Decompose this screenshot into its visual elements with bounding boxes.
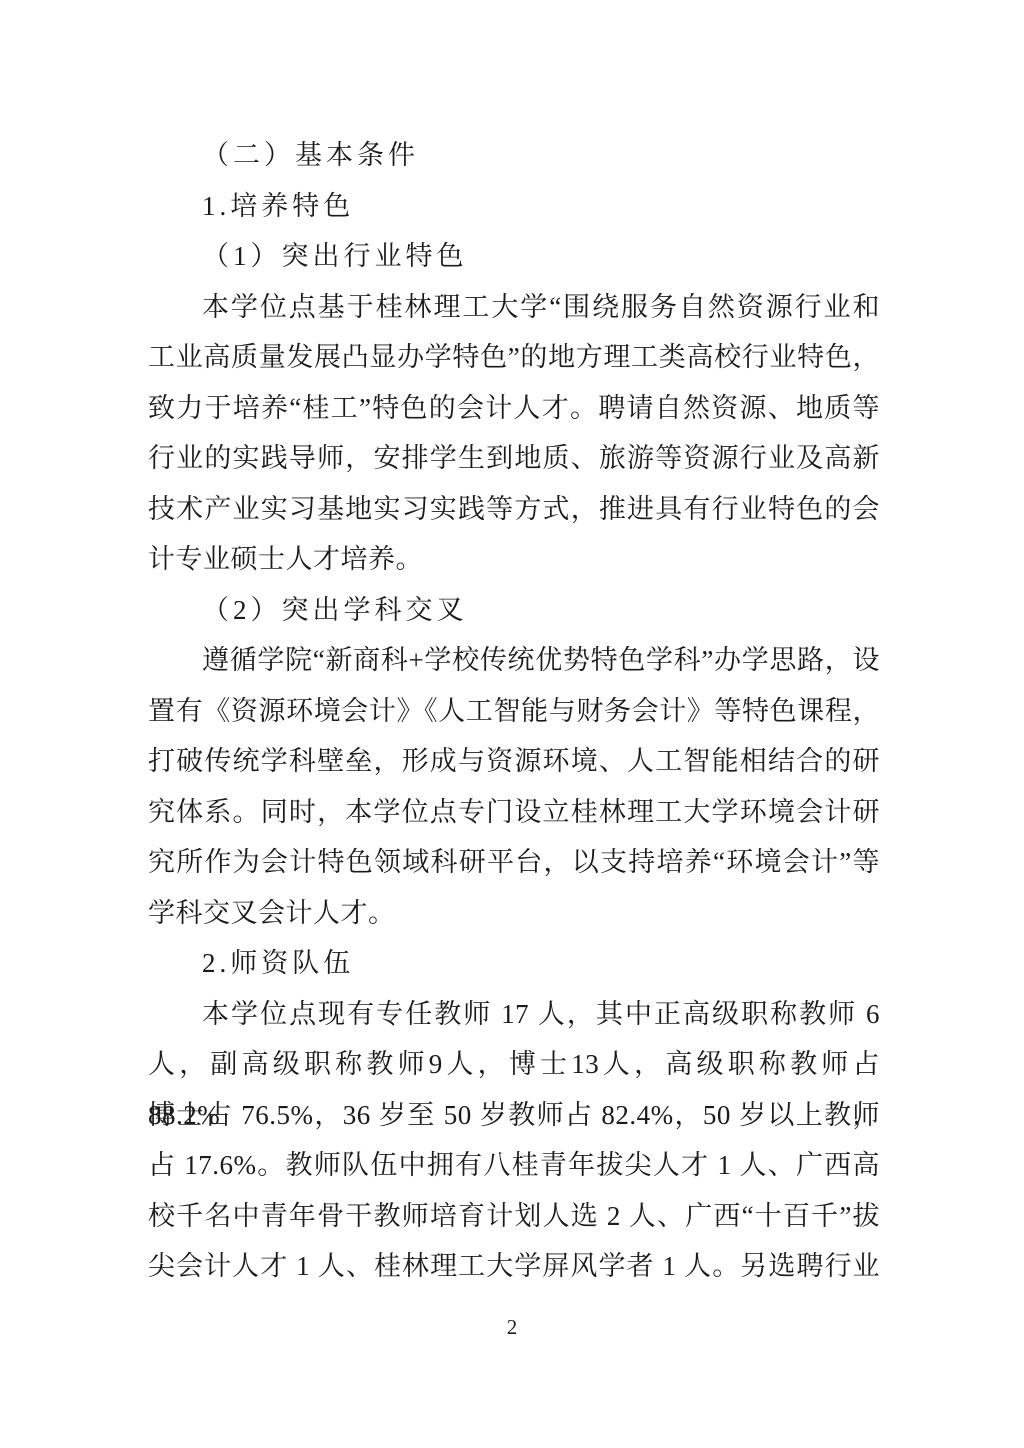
text-line: 本学位点现有专任教师 17 人，其中正高级职称教师 6: [148, 989, 880, 1040]
text-line: 致力于培养“桂工”特色的会计人才。聘请自然资源、地质等: [148, 383, 880, 434]
text-line: 行业的实践导师，安排学生到地质、旅游等资源行业及高新: [148, 433, 880, 484]
page-number: 2: [0, 1312, 1024, 1342]
text-line: 置有《资源环境会计》《人工智能与财务会计》等特色课程，: [148, 686, 880, 737]
document-text-block: （二）基本条件 1.培养特色 （1）突出行业特色 本学位点基于桂林理工大学“围绕…: [148, 130, 880, 1292]
text-line: 人，副高级职称教师9人，博士13人，高级职称教师占88.2%，: [148, 1039, 880, 1090]
section-heading: （二）基本条件: [148, 130, 880, 181]
text-line: 遵循学院“新商科+学校传统优势特色学科”办学思路，设: [148, 635, 880, 686]
text-line: 博士占 76.5%，36 岁至 50 岁教师占 82.4%，50 岁以上教师: [148, 1090, 880, 1141]
text-line: 打破传统学科壁垒，形成与资源环境、人工智能相结合的研: [148, 736, 880, 787]
subsection-heading: （1）突出行业特色: [148, 231, 880, 282]
text-line: 究体系。同时，本学位点专门设立桂林理工大学环境会计研: [148, 787, 880, 838]
text-line: 校千名中青年骨干教师培育计划人选 2 人、广西“十百千”拔: [148, 1191, 880, 1242]
text-line: 技术产业实习基地实习实践等方式，推进具有行业特色的会: [148, 484, 880, 535]
subsection-heading: 1.培养特色: [148, 181, 880, 232]
text-line: 占 17.6%。教师队伍中拥有八桂青年拔尖人才 1 人、广西高: [148, 1140, 880, 1191]
text-line: 学科交叉会计人才。: [148, 888, 880, 939]
text-line: 计专业硕士人才培养。: [148, 534, 880, 585]
subsection-heading: 2.师资队伍: [148, 938, 880, 989]
text-line: 本学位点基于桂林理工大学“围绕服务自然资源行业和: [148, 282, 880, 333]
document-page: （二）基本条件 1.培养特色 （1）突出行业特色 本学位点基于桂林理工大学“围绕…: [0, 0, 1024, 1448]
text-line: 究所作为会计特色领域科研平台，以支持培养“环境会计”等: [148, 837, 880, 888]
subsection-heading: （2）突出学科交叉: [148, 585, 880, 636]
text-line: 工业高质量发展凸显办学特色”的地方理工类高校行业特色，: [148, 332, 880, 383]
text-line: 尖会计人才 1 人、桂林理工大学屏风学者 1 人。另选聘行业: [148, 1241, 880, 1292]
